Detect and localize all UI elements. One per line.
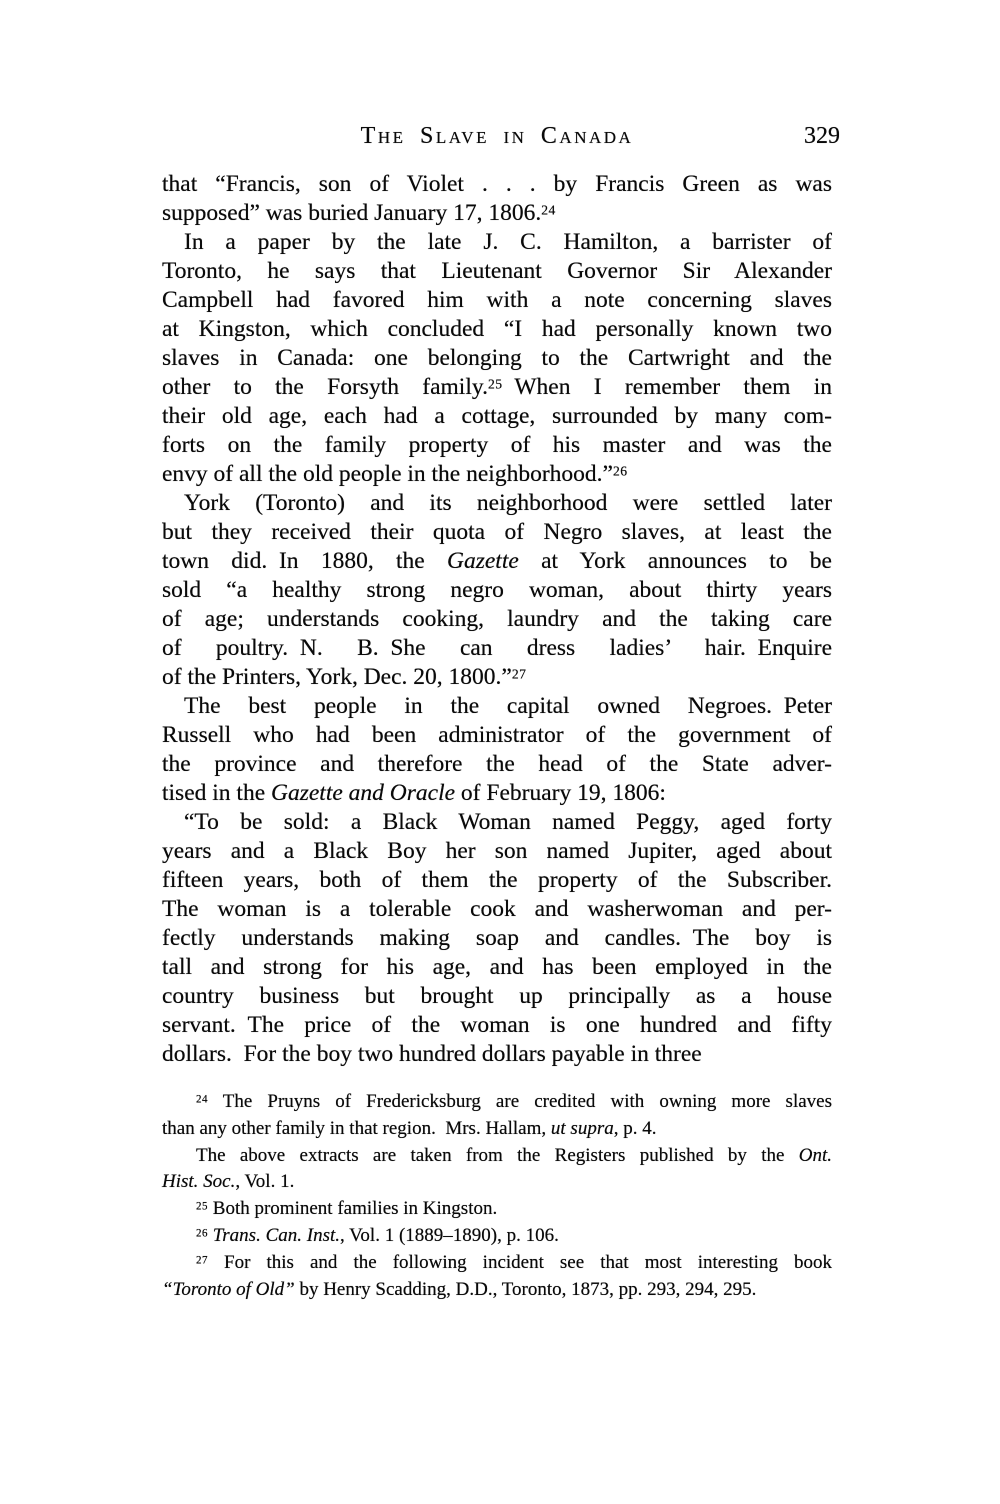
body-line: fectly understands making soap and candl… (162, 924, 832, 953)
body-line: at Kingston, which concluded “I had pers… (162, 315, 832, 344)
footnote: 24 The Pruyns of Fredericksburg are cred… (162, 1089, 832, 1143)
footnote-ref: 24 (196, 1093, 208, 1105)
body-line: In a paper by the late J. C. Hamilton, a… (162, 228, 832, 257)
footnote: 27 For this and the following incident s… (162, 1250, 832, 1304)
body-line: but they received their quota of Negro s… (162, 518, 832, 547)
body-line: sold “a healthy strong negro woman, abou… (162, 576, 832, 605)
italic-text: Gazette and Oracle (271, 780, 455, 806)
body-line: forts on the family property of his mast… (162, 431, 832, 460)
body-text: that “Francis, son of Violet . . . by Fr… (162, 170, 832, 1069)
body-line: The woman is a tolerable cook and washer… (162, 895, 832, 924)
page-number: 329 (804, 121, 840, 151)
footnote-ref: 27 (196, 1254, 208, 1266)
footnote-line: 26 Trans. Can. Inst., Vol. 1 (1889–1890)… (162, 1223, 832, 1250)
footnote-ref: 26 (613, 463, 628, 478)
body-paragraph: In a paper by the late J. C. Hamilton, a… (162, 228, 832, 489)
body-line: servant. The price of the woman is one h… (162, 1011, 832, 1040)
footnote: 25 Both prominent families in Kingston. (162, 1196, 832, 1223)
footnote-ref: 26 (196, 1227, 208, 1239)
body-paragraph: “To be sold: a Black Woman named Peggy, … (162, 808, 832, 1069)
body-line: Campbell had favored him with a note con… (162, 286, 832, 315)
italic-text: Ont. (799, 1145, 832, 1166)
body-paragraph: York (Toronto) and its neighborhood were… (162, 489, 832, 692)
footnote-line: The above extracts are taken from the Re… (162, 1143, 832, 1170)
page-title: The Slave in Canada (162, 121, 832, 151)
body-line: other to the Forsyth family.25 When I re… (162, 373, 832, 402)
italic-text: Gazette (447, 548, 519, 574)
footnote-ref: 24 (541, 202, 556, 217)
body-line: of the Printers, York, Dec. 20, 1800.”27 (162, 663, 832, 692)
body-line: that “Francis, son of Violet . . . by Fr… (162, 170, 832, 199)
body-line: of poultry. N. B. She can dress ladies’ … (162, 634, 832, 663)
footnote-ref: 27 (512, 666, 527, 681)
footnote-line: than any other family in that region. Mr… (162, 1116, 832, 1143)
running-header: The Slave in Canada 329 (162, 121, 832, 153)
footnotes: 24 The Pruyns of Fredericksburg are cred… (162, 1089, 832, 1303)
body-line: Russell who had been administrator of th… (162, 721, 832, 750)
italic-text: Hist. Soc. (162, 1171, 235, 1192)
body-line: slaves in Canada: one belonging to the C… (162, 344, 832, 373)
body-line: their old age, each had a cottage, surro… (162, 402, 832, 431)
footnote: The above extracts are taken from the Re… (162, 1143, 832, 1197)
body-line: of age; understands cooking, laundry and… (162, 605, 832, 634)
body-line: tised in the Gazette and Oracle of Febru… (162, 779, 832, 808)
footnote: 26 Trans. Can. Inst., Vol. 1 (1889–1890)… (162, 1223, 832, 1250)
body-line: York (Toronto) and its neighborhood were… (162, 489, 832, 518)
body-line: fifteen years, both of them the property… (162, 866, 832, 895)
body-line: town did. In 1880, the Gazette at York a… (162, 547, 832, 576)
body-line: the province and therefore the head of t… (162, 750, 832, 779)
body-line: Toronto, he says that Lieutenant Governo… (162, 257, 832, 286)
body-paragraph: that “Francis, son of Violet . . . by Fr… (162, 170, 832, 228)
footnote-line: 27 For this and the following incident s… (162, 1250, 832, 1277)
footnote-line: 24 The Pruyns of Fredericksburg are cred… (162, 1089, 832, 1116)
body-line: The best people in the capital owned Neg… (162, 692, 832, 721)
body-line: tall and strong for his age, and has bee… (162, 953, 832, 982)
body-line: dollars. For the boy two hundred dollars… (162, 1040, 832, 1069)
italic-text: ut supra (551, 1118, 614, 1139)
footnote-ref: 25 (196, 1201, 208, 1213)
body-line: supposed” was buried January 17, 1806.24 (162, 199, 832, 228)
book-page: The Slave in Canada 329 that “Francis, s… (0, 0, 1000, 1504)
body-line: country business but brought up principa… (162, 982, 832, 1011)
italic-text: Trans. Can. Inst. (213, 1225, 340, 1246)
body-paragraph: The best people in the capital owned Neg… (162, 692, 832, 808)
footnote-line: Hist. Soc., Vol. 1. (162, 1169, 832, 1196)
footnote-line: “Toronto of Old” by Henry Scadding, D.D.… (162, 1277, 832, 1304)
body-line: “To be sold: a Black Woman named Peggy, … (162, 808, 832, 837)
footnote-line: 25 Both prominent families in Kingston. (162, 1196, 832, 1223)
body-line: envy of all the old people in the neighb… (162, 460, 832, 489)
body-line: years and a Black Boy her son named Jupi… (162, 837, 832, 866)
italic-text: “Toronto of Old” (162, 1279, 295, 1300)
footnote-ref: 25 (488, 376, 503, 391)
